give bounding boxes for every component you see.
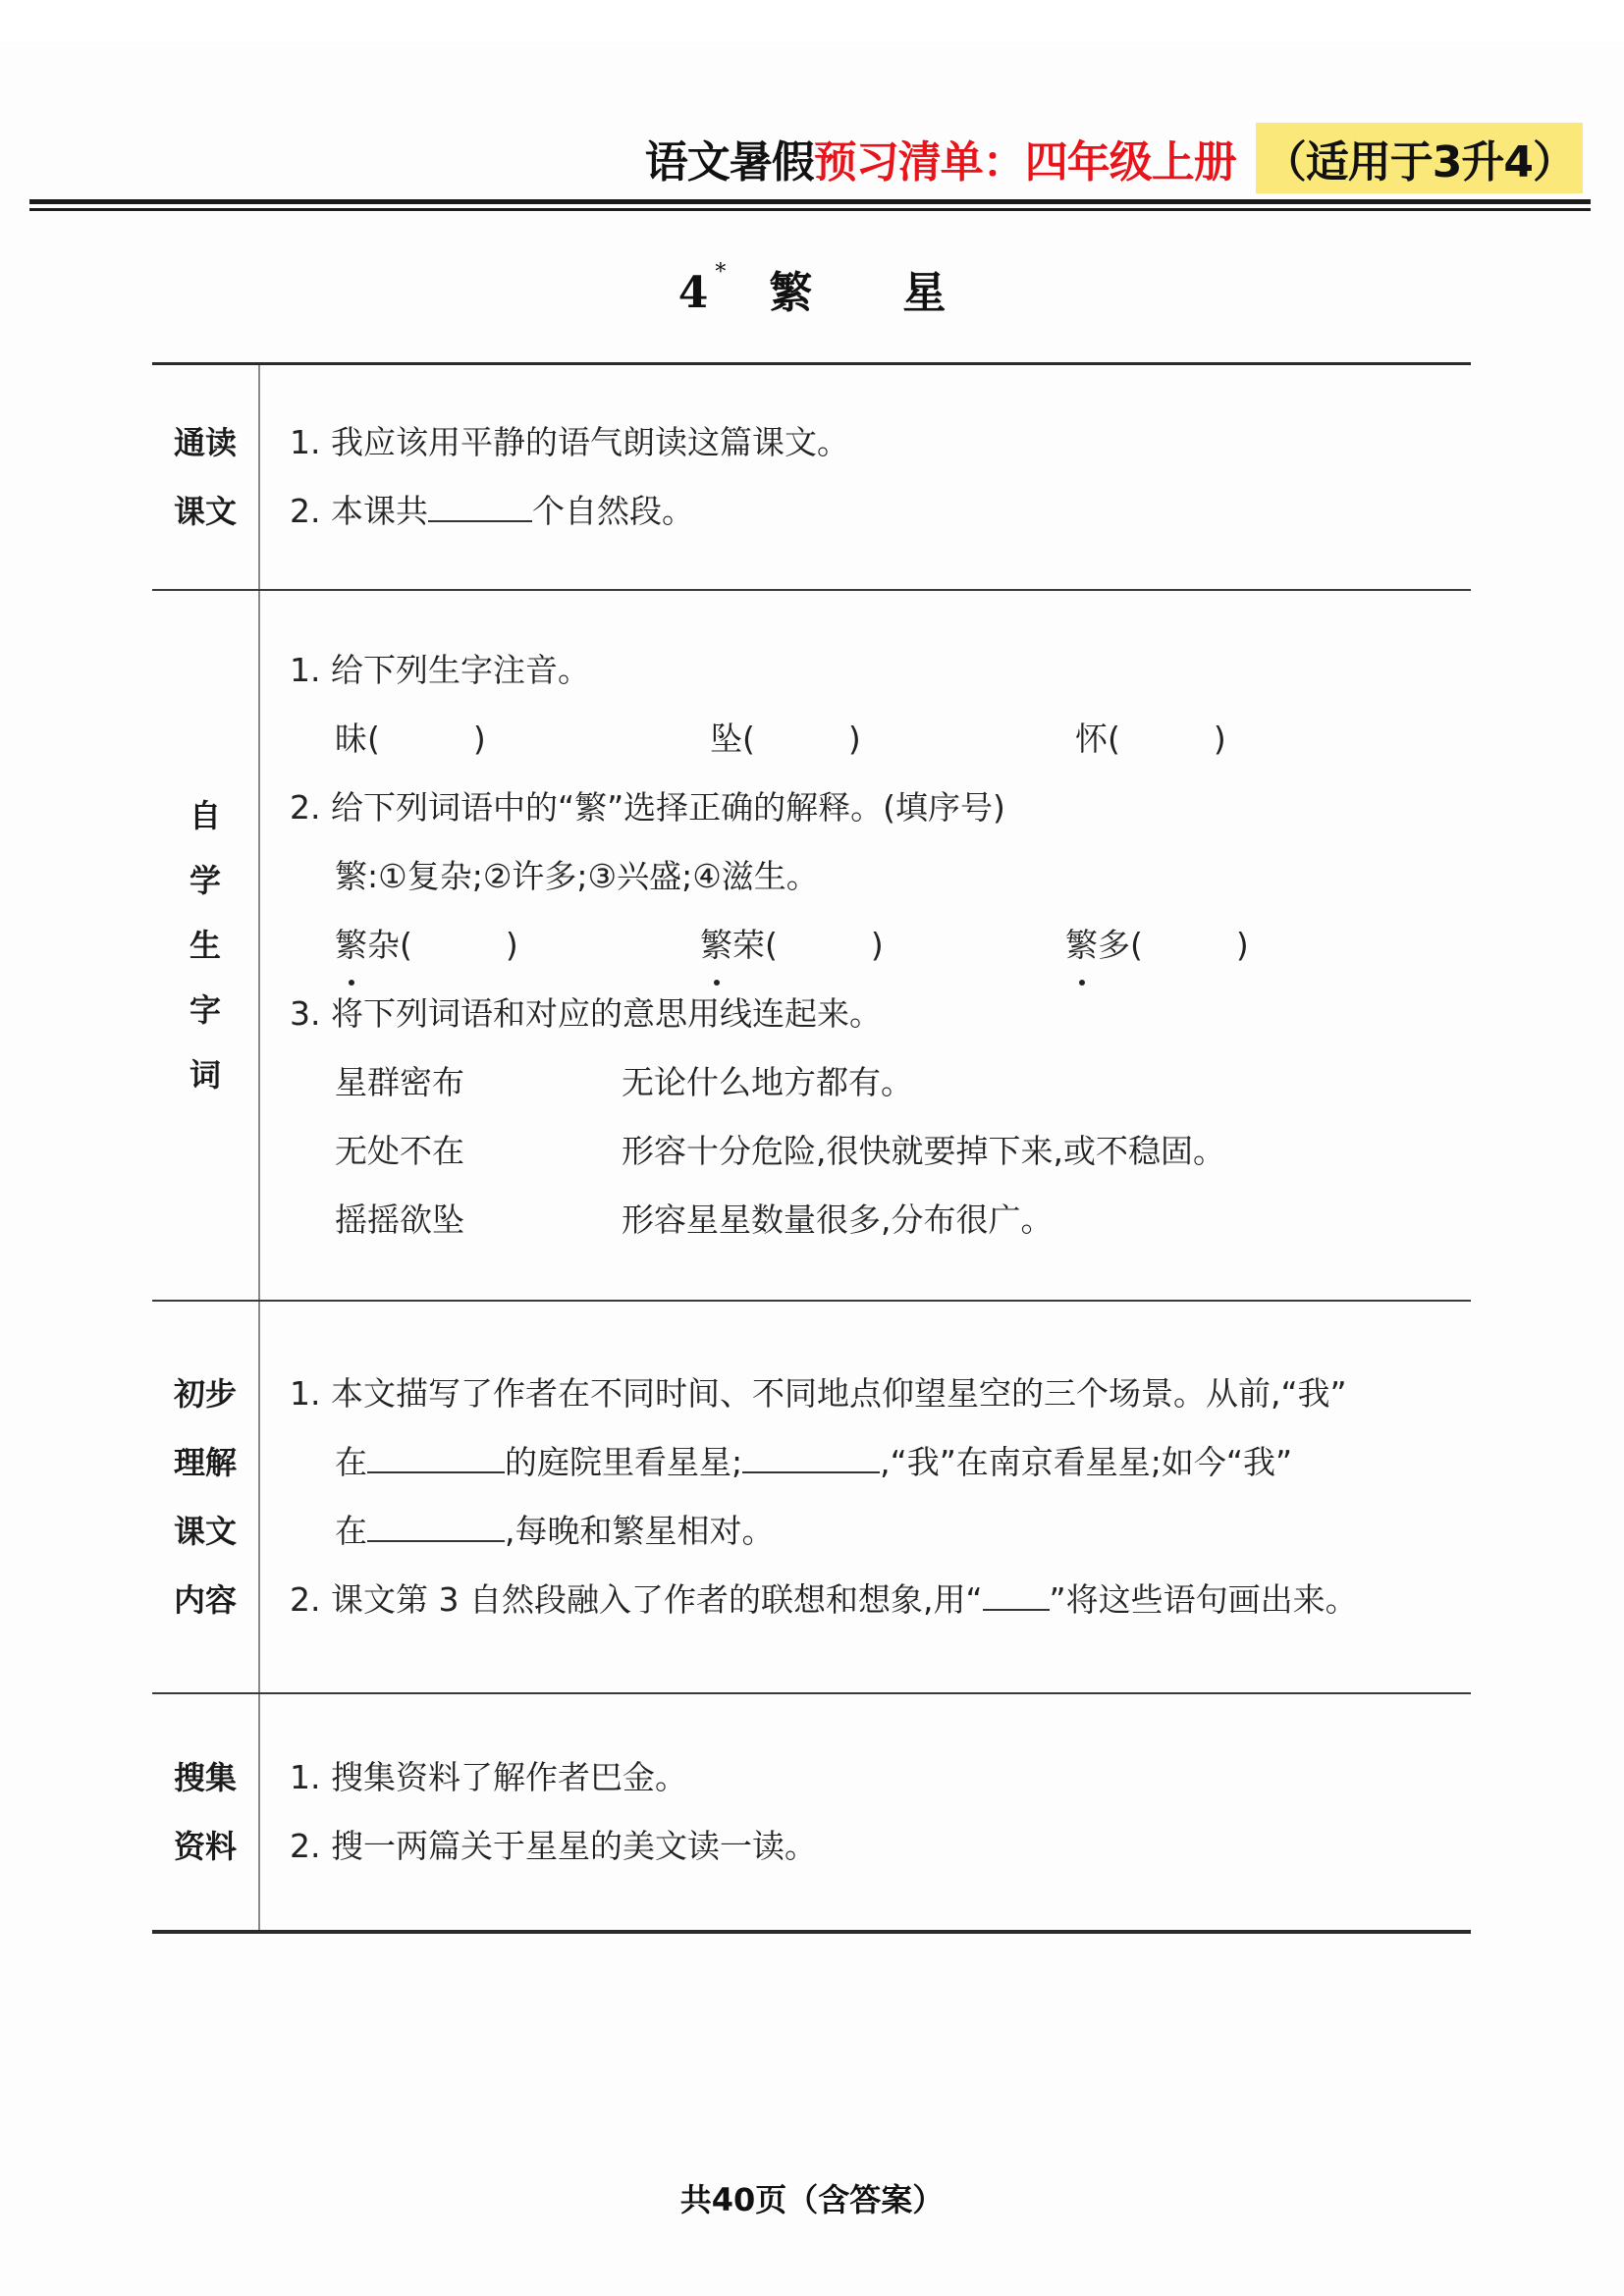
section-label: 自 学 生 字 词	[152, 591, 260, 1300]
pinyin-answer-field[interactable]: 怀()	[1075, 705, 1226, 774]
matching-pair: 无处不在形容十分危险,很快就要掉下来,或不稳固。	[290, 1117, 1471, 1186]
matching-pair: 摇摇欲坠形容星星数量很多,分布很广。	[290, 1186, 1471, 1255]
page-top-margin	[0, 0, 1624, 41]
worksheet-page: 语文暑假 预习清单：四年级上册 （适用于3升4） 4*繁星 通读 课文 1. 我…	[0, 0, 1624, 2296]
pinyin-answer-field[interactable]: 昧()	[335, 705, 710, 774]
definition-answer-field[interactable]: 繁荣()	[700, 911, 1065, 980]
question-title: 3. 将下列词语和对应的意思用线连起来。	[290, 980, 1471, 1048]
question-item: 2. 搜一两篇关于星星的美文读一读。	[290, 1812, 1471, 1881]
section-label: 搜集 资料	[152, 1694, 260, 1930]
header-title-black: 语文暑假	[645, 127, 814, 189]
match-term[interactable]: 摇摇欲坠	[335, 1186, 622, 1255]
match-meaning[interactable]: 形容星星数量很多,分布很广。	[622, 1201, 1054, 1239]
header-rule-thin	[29, 208, 1591, 211]
matching-pair: 星群密布无论什么地方都有。	[290, 1048, 1471, 1117]
question-line: 1. 本文描写了作者在不同时间、不同地点仰望星空的三个场景。从前,“我”	[290, 1360, 1471, 1428]
question-line: 2. 课文第 3 自然段融入了作者的联想和想象,用“”将这些语句画出来。	[290, 1566, 1471, 1634]
answer-blank[interactable]	[428, 493, 532, 522]
header-title-highlight: （适用于3升4）	[1256, 123, 1583, 193]
pinyin-answer-field[interactable]: 坠()	[710, 705, 1075, 774]
section-label: 通读 课文	[152, 365, 260, 589]
section-self-study-words: 自 学 生 字 词 1. 给下列生字注音。 昧()坠()怀() 2. 给下列词语…	[152, 589, 1471, 1300]
definition-answer-field[interactable]: 繁杂()	[335, 911, 700, 980]
section-body: 1. 我应该用平静的语气朗读这篇课文。 2. 本课共个自然段。	[260, 365, 1471, 589]
match-term[interactable]: 星群密布	[335, 1048, 622, 1117]
section-label: 初步 理解 课文 内容	[152, 1302, 260, 1692]
definition-answer-row: 繁杂()繁荣()繁多()	[290, 911, 1471, 980]
match-meaning[interactable]: 形容十分危险,很快就要掉下来,或不稳固。	[622, 1132, 1225, 1170]
definition-options: 繁:①复杂;②许多;③兴盛;④滋生。	[290, 842, 1471, 911]
definition-answer-field[interactable]: 繁多()	[1065, 911, 1249, 980]
match-term[interactable]: 无处不在	[335, 1117, 622, 1186]
lesson-number: 4*	[678, 268, 709, 318]
lesson-title-char: 繁	[769, 257, 812, 320]
header-rule-thick	[29, 199, 1591, 204]
page-footer: 共40页（含答案）	[0, 2175, 1624, 2220]
question-item: 1. 我应该用平静的语气朗读这篇课文。	[290, 408, 1471, 477]
document-header-title: 语文暑假 预习清单：四年级上册 （适用于3升4）	[645, 126, 1583, 190]
answer-blank[interactable]	[742, 1444, 880, 1473]
answer-blank[interactable]	[367, 1444, 505, 1473]
underline-sample	[983, 1581, 1050, 1611]
match-meaning[interactable]: 无论什么地方都有。	[622, 1063, 913, 1101]
question-item: 1. 搜集资料了解作者巴金。	[290, 1743, 1471, 1812]
section-body: 1. 本文描写了作者在不同时间、不同地点仰望星空的三个场景。从前,“我” 在的庭…	[260, 1302, 1471, 1692]
section-understand-text: 初步 理解 课文 内容 1. 本文描写了作者在不同时间、不同地点仰望星空的三个场…	[152, 1300, 1471, 1692]
question-line: 在的庭院里看星星;,“我”在南京看星星;如今“我”	[290, 1428, 1471, 1497]
section-body: 1. 搜集资料了解作者巴金。 2. 搜一两篇关于星星的美文读一读。	[260, 1694, 1471, 1930]
pinyin-row: 昧()坠()怀()	[290, 705, 1471, 774]
question-title: 2. 给下列词语中的“繁”选择正确的解释。(填序号)	[290, 774, 1471, 842]
header-title-red: 预习清单：四年级上册	[814, 127, 1236, 189]
answer-blank[interactable]	[367, 1513, 505, 1542]
lesson-title: 4*繁星	[0, 257, 1624, 320]
worksheet-table: 通读 课文 1. 我应该用平静的语气朗读这篇课文。 2. 本课共个自然段。 自 …	[152, 362, 1471, 1934]
question-item: 2. 本课共个自然段。	[290, 477, 1471, 546]
section-collect-materials: 搜集 资料 1. 搜集资料了解作者巴金。 2. 搜一两篇关于星星的美文读一读。	[152, 1692, 1471, 1934]
section-body: 1. 给下列生字注音。 昧()坠()怀() 2. 给下列词语中的“繁”选择正确的…	[260, 591, 1471, 1300]
question-title: 1. 给下列生字注音。	[290, 636, 1471, 705]
lesson-marker: *	[715, 260, 726, 285]
question-line: 在,每晚和繁星相对。	[290, 1497, 1471, 1566]
section-read-text: 通读 课文 1. 我应该用平静的语气朗读这篇课文。 2. 本课共个自然段。	[152, 362, 1471, 589]
lesson-title-char: 星	[902, 257, 946, 320]
